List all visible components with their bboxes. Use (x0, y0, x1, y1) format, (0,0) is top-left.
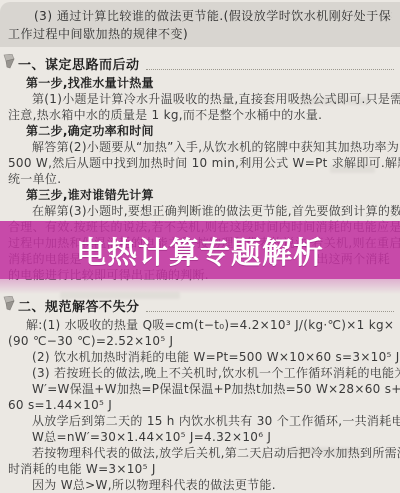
solution-line: W总=nW′=30×1.44×10⁵ J=4.32×10⁶ J (0, 429, 400, 445)
step-heading: 第二步,确定功率和时间 (0, 123, 400, 139)
solution-line: 因为 W总>W,所以物理科代表的做法更节能. (0, 477, 400, 493)
bleed-through-smudge (280, 447, 360, 455)
dotted-rule (146, 311, 394, 312)
solution-line: 从放学后到第二天的 15 h 内饮水机共有 30 个工作循环,一共消耗电能 (0, 413, 400, 429)
overlay-banner: 电热计算专题解析 (0, 221, 400, 279)
bleed-through-smudge (330, 165, 375, 173)
solution-line: 解答第(2)小题要从“加热”入手,从饮水机的铭牌中获知其加热功率为 (0, 139, 400, 155)
solution-line: 60 s=1.44×10⁵ J (0, 397, 400, 413)
solution-line: 时消耗的电能 W=3×10⁵ J (0, 461, 400, 477)
solution-line: 注意,热水箱中水的质量是 1 kg,而不是整个水桶中的水量. (0, 107, 400, 123)
step-heading: 第三步,谁对谁错先计算 (0, 187, 400, 203)
solution-line: 统一单位. (0, 171, 400, 187)
banner-title: 电热计算专题解析 (76, 228, 324, 272)
problem-line: 工作过程中间歇加热的规律不变) (8, 25, 392, 43)
solution-line: 在解第(3)小题时,要想正确判断谁的做法更节能,首先要做到计算的数据 (0, 203, 400, 219)
bleed-through-smudge (300, 97, 370, 105)
step-heading: 第一步,找准水量计热量 (0, 75, 400, 91)
section-2-header: 二、规范解答不失分 (2, 297, 396, 315)
problem-line: (3) 通过计算比较谁的做法更节能.(假设放学时饮水机刚好处于保温状态, (8, 7, 392, 25)
solution-line: 解:(1) 水吸收的热量 Q吸=cm(t−t₀)=4.2×10³ J/(kg·℃… (0, 317, 400, 333)
solution-line: (90 ℃−30 ℃)=2.52×10⁵ J (0, 333, 400, 349)
section-title: 一、谋定思路而后动 (18, 54, 140, 73)
pushpin-icon (2, 54, 15, 73)
solution-line: (2) 饮水机加热时消耗的电能 W=Pt=500 W×10×60 s=3×10⁵… (0, 349, 400, 365)
problem-statement-box: (3) 通过计算比较谁的做法更节能.(假设放学时饮水机刚好处于保温状态, 工作过… (0, 2, 400, 47)
pushpin-icon (2, 296, 15, 315)
dotted-rule (146, 69, 394, 70)
section-1-header: 一、谋定思路而后动 (2, 55, 396, 73)
scanned-document-page: (3) 通过计算比较谁的做法更节能.(假设放学时饮水机刚好处于保温状态, 工作过… (0, 2, 400, 493)
solution-line: W′=W保温+W加热=P保温t保温+P加热t加热=50 W×28×60 s+50… (0, 381, 400, 397)
solution-line: (3) 若按班长的做法,晚上不关机时,饮水机一个工作循环消耗的电能为 (0, 365, 400, 381)
